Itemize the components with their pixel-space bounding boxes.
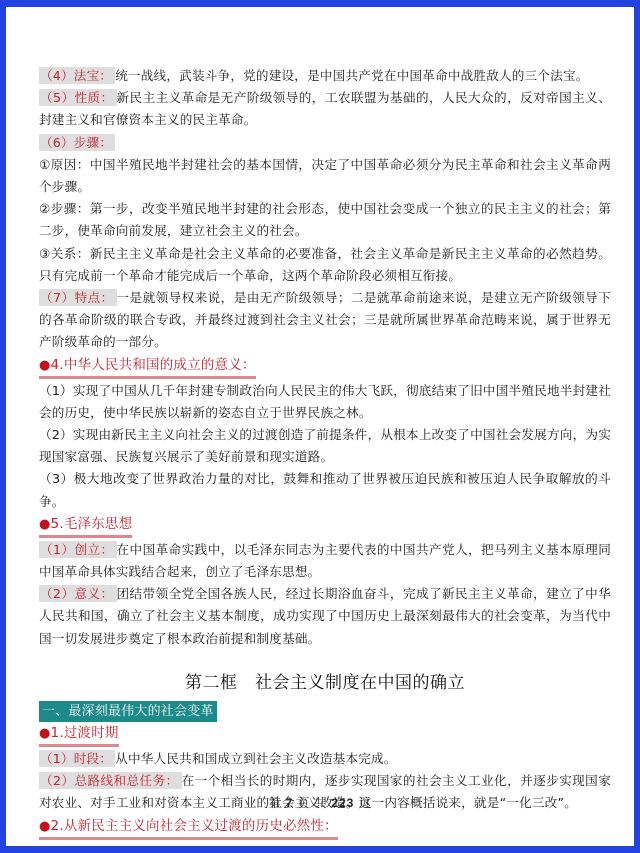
label-steps: （6）步骤： — [39, 134, 115, 151]
heading-text: 1.过渡时期 — [51, 725, 119, 741]
page-content: （4）法宝：统一战线，武装斗争，党的建设，是中国共产党在中国革命中战胜敌人的三个… — [39, 65, 611, 841]
heading-prc-significance: ●4.中华人民共和国的成立的意义： — [39, 354, 611, 380]
paragraph-magic-weapons: （4）法宝：统一战线，武装斗争，党的建设，是中国共产党在中国革命中战胜敌人的三个… — [39, 65, 611, 87]
paragraph-period: （1）时段：从中华人民共和国成立到社会主义改造基本完成。 — [39, 748, 611, 770]
paragraph-steps-relation: ③关系：新民主主义革命是社会主义革命的必要准备，社会主义革命是新民主主义革命的必… — [39, 243, 611, 287]
heading-mao-thought: ●5.毛泽东思想 — [39, 513, 611, 539]
bullet-icon: ● — [39, 726, 51, 741]
heading-historical-necessity: ●2.从新民主主义向社会主义过渡的历史必然性： — [39, 815, 611, 841]
heading-text: 2.从新民主主义向社会主义过渡的历史必然性： — [51, 818, 338, 834]
significance-item: （3）极大地改变了世界政治力量的对比，鼓舞和推动了世界被压迫民族和被压迫人民争取… — [39, 468, 611, 512]
paragraph-steps: （6）步骤： — [39, 132, 611, 154]
text-period: 从中华人民共和国成立到社会主义改造基本完成。 — [115, 751, 396, 766]
paragraph-steps-cause: ①原因：中国半殖民地半封建社会的基本国情，决定了中国革命必须分为民主革命和社会主… — [39, 154, 611, 198]
section-one-text: 一、最深刻最伟大的社会变革 — [39, 701, 217, 722]
text-nature: 新民主主义革命是无产阶级领导的，工农联盟为基础的，人民大众的，反对帝国主义、封建… — [39, 90, 611, 127]
significance-item: （1）实现了中国从几千年封建专制政治向人民民主的伟大飞跃，彻底结束了旧中国半殖民… — [39, 380, 611, 424]
label-magic-weapons: （4）法宝： — [39, 67, 115, 84]
footer-suffix: 页 — [358, 796, 371, 810]
heading-transition-period: ●1.过渡时期 — [39, 722, 611, 748]
text-features: 一是就领导权来说，是由无产阶级领导；二是就革命前途来说，是建立无产阶级领导下的各… — [39, 290, 611, 349]
document-page: （4）法宝：统一战线，武装斗争，党的建设，是中国共产党在中国革命中战胜敌人的三个… — [6, 7, 634, 846]
paragraph-mao-meaning: （2）意义：团结带领全党全国各族人民，经过长期浴血奋斗，完成了新民主主义革命，建… — [39, 583, 611, 650]
page-footer: 第 7 页 共 223 页 — [6, 794, 634, 811]
bullet-icon: ● — [39, 358, 51, 373]
bullet-icon: ● — [39, 819, 51, 834]
label-nature: （5）性质： — [39, 89, 117, 106]
text-magic-weapons: 统一战线，武装斗争，党的建设，是中国共产党在中国革命中战胜敌人的三个法宝。 — [115, 68, 588, 83]
label-features: （7）特点： — [39, 289, 117, 306]
heading-text: 4.中华人民共和国的成立的意义： — [51, 357, 256, 373]
significance-item: （2）实现由新民主主义向社会主义的过渡创造了前提条件，从根本上改变了中国社会发展… — [39, 424, 611, 468]
text-founding: 在中国革命实践中，以毛泽东同志为主要代表的中国共产党人，把马列主义基本原理同中国… — [39, 542, 611, 579]
label-founding: （1）创立： — [39, 541, 117, 558]
footer-prefix: 第 — [269, 796, 282, 810]
heading-text: 5.毛泽东思想 — [51, 516, 133, 532]
label-general-line: （2）总路线和总任务： — [39, 772, 182, 789]
text-meaning: 团结带领全党全国各族人民，经过长期浴血奋斗，完成了新民主主义革命，建立了中华人民… — [39, 586, 611, 645]
label-meaning: （2）意义： — [39, 585, 117, 602]
frame-title: 第二框 社会主义制度在中国的确立 — [39, 670, 611, 696]
paragraph-features: （7）特点：一是就领导权来说，是由无产阶级领导；二是就革命前途来说，是建立无产阶… — [39, 287, 611, 354]
section-one-heading: 一、最深刻最伟大的社会变革 — [39, 700, 611, 722]
footer-mid: 页 共 — [297, 796, 327, 810]
paragraph-steps-steps: ②步骤：第一步，改变半殖民地半封建的社会形态，使中国社会变成一个独立的民主主义的… — [39, 198, 611, 242]
label-period: （1）时段： — [39, 750, 115, 767]
paragraph-nature: （5）性质：新民主主义革命是无产阶级领导的，工农联盟为基础的，人民大众的，反对帝… — [39, 87, 611, 131]
total-page-count: 223 — [331, 796, 354, 810]
paragraph-mao-founding: （1）创立：在中国革命实践中，以毛泽东同志为主要代表的中国共产党人，把马列主义基… — [39, 539, 611, 583]
current-page-number: 7 — [286, 796, 294, 810]
bullet-icon: ● — [39, 517, 51, 532]
